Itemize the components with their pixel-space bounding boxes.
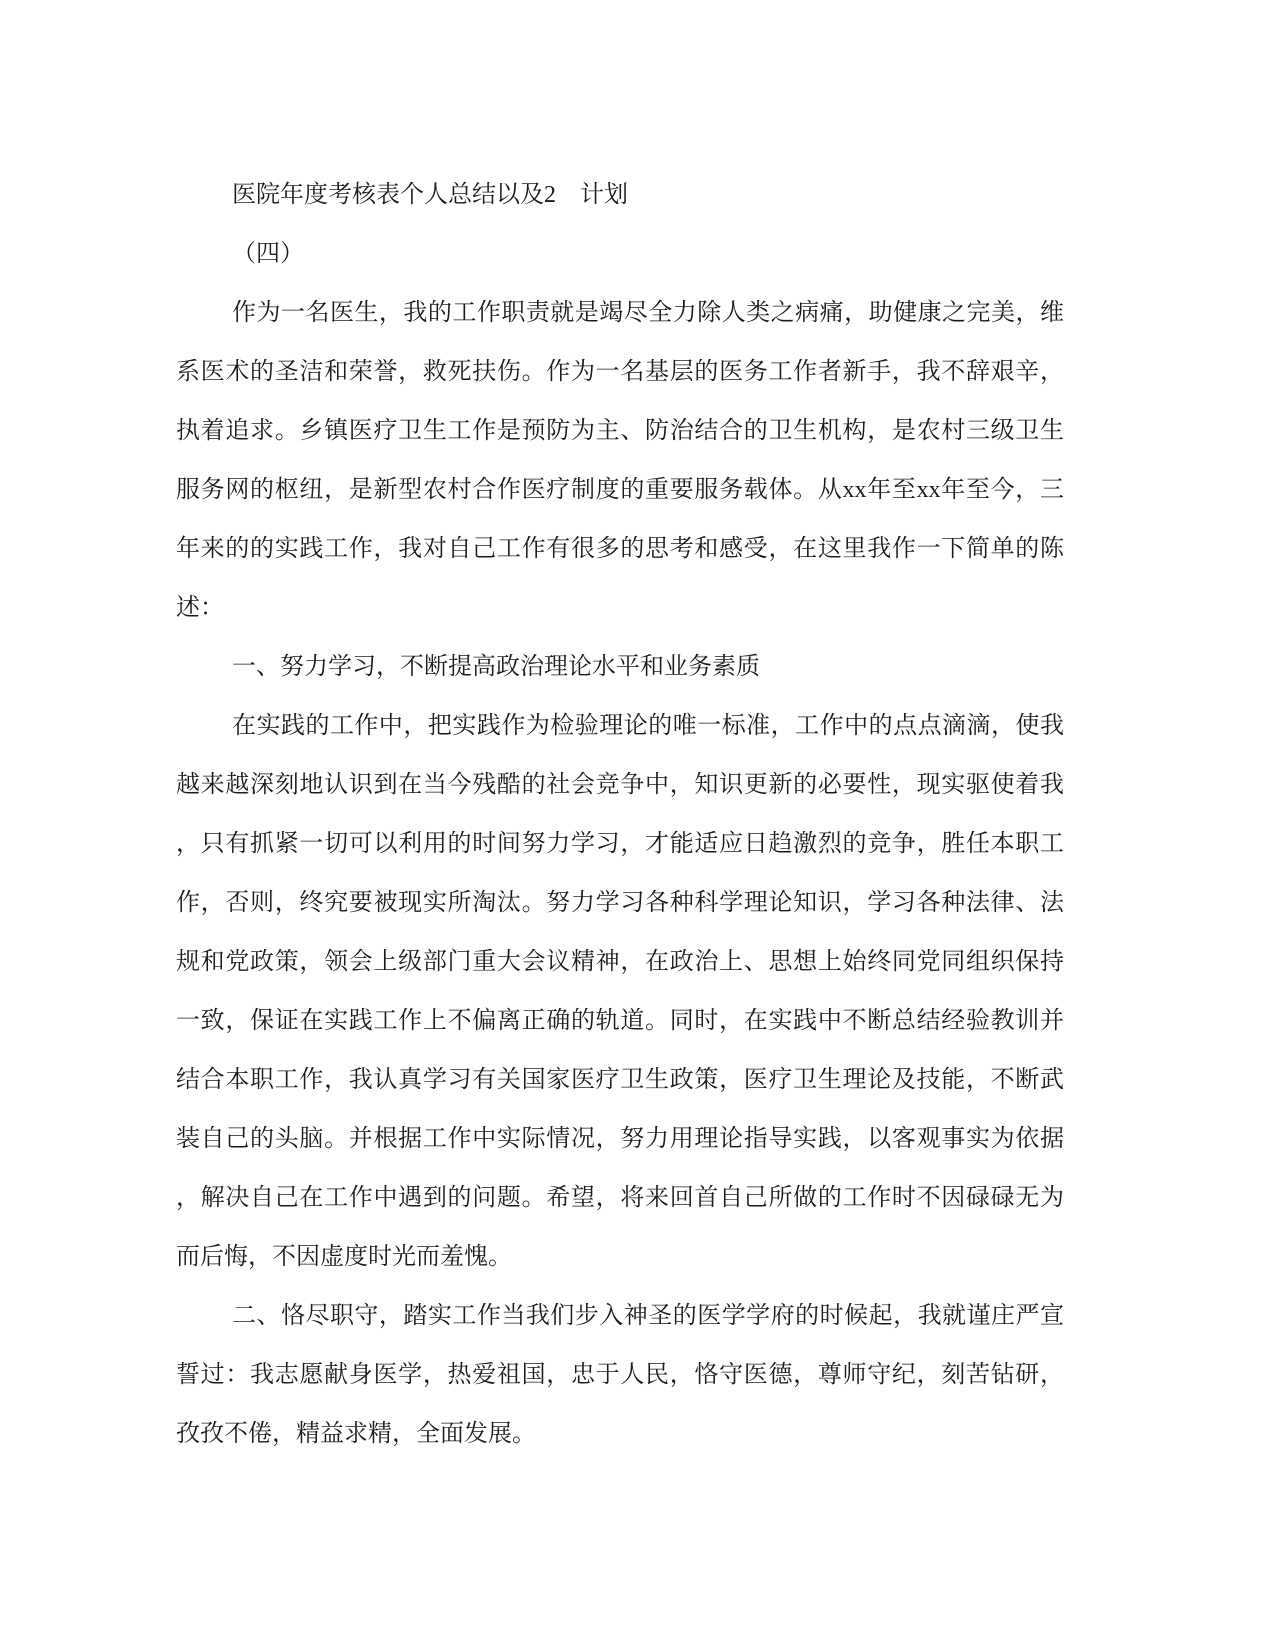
body-paragraph-1-line: 而后悔，不因虚度时光而羞愧。	[176, 1228, 1064, 1287]
body-paragraph-1-line: 越来越深刻地认识到在当今残酷的社会竞争中，知识更新的必要性，现实驱使着我	[176, 756, 1064, 815]
opening-paragraph-line: 服务网的枢纽，是新型农村合作医疗制度的重要服务载体。从xx年至xx年至今，三	[176, 461, 1064, 520]
body-paragraph-1-line: ，解决自己在工作中遇到的问题。希望，将来回首自己所做的工作时不因碌碌无为	[176, 1169, 1064, 1228]
document-page: 医院年度考核表个人总结以及2 计划 （四） 作为一名医生，我的工作职责就是竭尽全…	[0, 0, 1275, 1650]
opening-paragraph-line: 年来的的实践工作，我对自己工作有很多的思考和感受，在这里我作一下简单的陈	[176, 520, 1064, 579]
body-paragraph-1-line: 一致，保证在实践工作上不偏离正确的轨道。同时，在实践中不断总结经验教训并	[176, 992, 1064, 1051]
section-marker-line: （四）	[176, 225, 1064, 284]
opening-paragraph-line: 述：	[176, 579, 1064, 638]
body-paragraph-1-line: 在实践的工作中，把实践作为检验理论的唯一标准，工作中的点点滴滴，使我	[176, 697, 1064, 756]
section-heading-1-line: 一、努力学习，不断提高政治理论水平和业务素质	[176, 638, 1064, 697]
document-text-block: 医院年度考核表个人总结以及2 计划 （四） 作为一名医生，我的工作职责就是竭尽全…	[176, 166, 1064, 1464]
body-paragraph-1-line: 规和党政策，领会上级部门重大会议精神，在政治上、思想上始终同党同组织保持	[176, 933, 1064, 992]
document-title-line: 医院年度考核表个人总结以及2 计划	[176, 166, 1064, 225]
body-paragraph-1-line: ，只有抓紧一切可以利用的时间努力学习，才能适应日趋激烈的竞争，胜任本职工	[176, 815, 1064, 874]
body-paragraph-1-line: 结合本职工作，我认真学习有关国家医疗卫生政策，医疗卫生理论及技能，不断武	[176, 1051, 1064, 1110]
opening-paragraph-line: 作为一名医生，我的工作职责就是竭尽全力除人类之病痛，助健康之完美，维	[176, 284, 1064, 343]
opening-paragraph-line: 执着追求。乡镇医疗卫生工作是预防为主、防治结合的卫生机构，是农村三级卫生	[176, 402, 1064, 461]
body-paragraph-2-line: 誓过：我志愿献身医学，热爱祖国，忠于人民，恪守医德，尊师守纪，刻苦钻研，	[176, 1346, 1064, 1405]
body-paragraph-1-line: 装自己的头脑。并根据工作中实际情况，努力用理论指导实践，以客观事实为依据	[176, 1110, 1064, 1169]
body-paragraph-1-line: 作，否则，终究要被现实所淘汰。努力学习各种科学理论知识，学习各种法律、法	[176, 874, 1064, 933]
opening-paragraph-line: 系医术的圣洁和荣誉，救死扶伤。作为一名基层的医务工作者新手，我不辞艰辛，	[176, 343, 1064, 402]
body-paragraph-2-line: 孜孜不倦，精益求精，全面发展。	[176, 1405, 1064, 1464]
body-paragraph-2-line: 二、恪尽职守，踏实工作当我们步入神圣的医学学府的时候起，我就谨庄严宣	[176, 1287, 1064, 1346]
document-body: 作为一名医生，我的工作职责就是竭尽全力除人类之病痛，助健康之完美，维系医术的圣洁…	[176, 284, 1064, 1464]
